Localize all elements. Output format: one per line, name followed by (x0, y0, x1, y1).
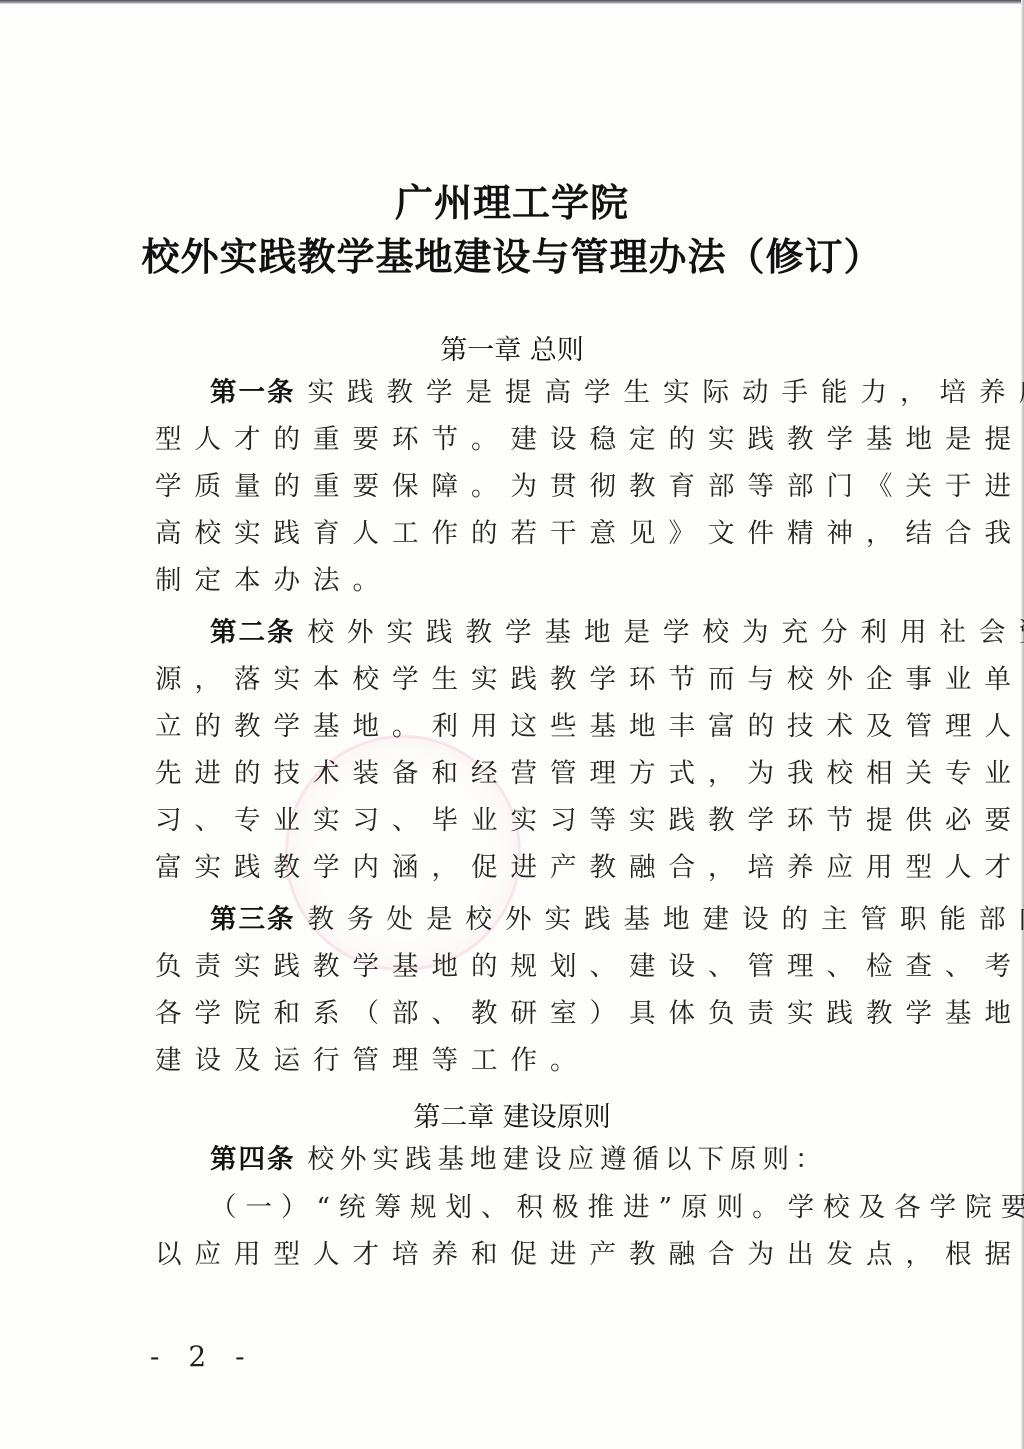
article-4-line-1: 第四条校外实践基地建设应遵循以下原则： (210, 1144, 867, 1176)
article-3-line-4: 建设及运行管理等工作。 (155, 1045, 867, 1077)
article-text: 实践教学是提高学生实际动手能力，培养应用 (308, 377, 1024, 408)
article-1-line-1: 第一条实践教学是提高学生实际动手能力，培养应用 (210, 377, 867, 409)
article-text: 校外实践基地建设应遵循以下原则： (308, 1144, 828, 1175)
document-title-regulation: 校外实践教学基地建设与管理办法（修订） (0, 226, 1024, 281)
article-3-line-2: 负责实践教学基地的规划、建设、管理、检查、考核等工作。 (155, 951, 867, 983)
article-2-line-4: 先进的技术装备和经营管理方式，为我校相关专业的认知实 (155, 758, 867, 790)
article-1-line-2: 型人才的重要环节。建设稳定的实践教学基地是提高实践教 (155, 424, 867, 456)
article-2-line-2: 源，落实本校学生实践教学环节而与校外企事业单位联合建 (155, 664, 867, 696)
chapter-heading-1: 第一章 总则 (0, 328, 1024, 367)
article-2-line-3: 立的教学基地。利用这些基地丰富的技术及管理人力资源、 (155, 711, 867, 743)
principle-1-line-1: （一）“统筹规划、积极推进”原则。学校及各学院要 (210, 1192, 867, 1224)
document-title-institution: 广州理工学院 (0, 172, 1024, 227)
chapter-heading-2: 第二章 建设原则 (0, 1095, 1024, 1134)
article-2-line-1: 第二条校外实践教学基地是学校为充分利用社会资 (210, 617, 867, 649)
article-1-line-3: 学质量的重要保障。为贯彻教育部等部门《关于进一步加强 (155, 471, 867, 503)
article-1-line-4: 高校实践育人工作的若干意见》文件精神，结合我校实际， (155, 518, 867, 550)
article-text: 教务处是校外实践基地建设的主管职能部门， (308, 904, 1024, 935)
article-1-line-5: 制定本办法。 (155, 565, 867, 597)
article-label: 第四条 (210, 1144, 296, 1175)
article-label: 第二条 (210, 617, 296, 648)
article-text: 校外实践教学基地是学校为充分利用社会资 (308, 617, 1024, 648)
article-3-line-3: 各学院和系（部、教研室）具体负责实践教学基地的联系、 (155, 998, 867, 1030)
page-number: - 2 - (150, 1340, 255, 1373)
scan-edge-top (0, 0, 1024, 4)
article-2-line-6: 富实践教学内涵，促进产教融合，培养应用型人才。 (155, 852, 867, 884)
article-label: 第三条 (210, 904, 296, 935)
article-2-line-5: 习、专业实习、毕业实习等实践教学环节提供必要条件，丰 (155, 805, 867, 837)
principle-1-line-2: 以应用型人才培养和促进产教融合为出发点，根据学校的专 (155, 1239, 867, 1271)
article-3-line-1: 第三条教务处是校外实践基地建设的主管职能部门， (210, 904, 867, 936)
article-label: 第一条 (210, 377, 296, 408)
